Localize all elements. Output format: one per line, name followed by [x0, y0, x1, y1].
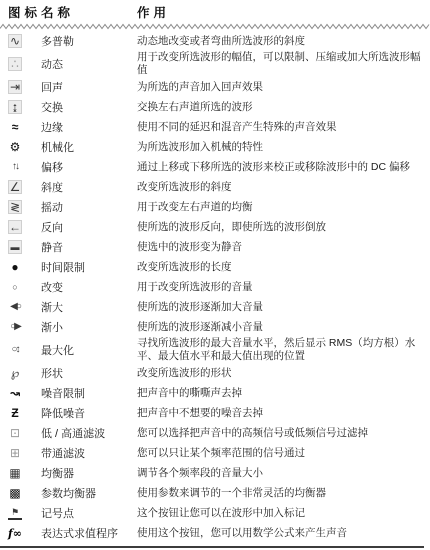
tool-name: 形状	[41, 365, 137, 381]
table-row: ▦ 均衡器 调节各个频率段的音量大小	[0, 463, 430, 483]
tool-name: 时间限制	[41, 259, 137, 275]
tool-name: 反向	[41, 219, 137, 235]
tool-name: 参数均衡器	[41, 485, 137, 501]
tool-name: 带通滤波	[41, 445, 137, 461]
tool-usage: 您可以选择把声音中的高频信号或低频信号过滤掉	[137, 427, 430, 440]
table-row: ⊡ 低 / 高通滤波 您可以选择把声音中的高频信号或低频信号过滤掉	[0, 423, 430, 443]
table-row: ≈ 边缘 使用不同的延迟和混音产生特殊的声音效果	[0, 117, 430, 137]
tool-name: 机械化	[41, 139, 137, 155]
tool-usage: 调节各个频率段的音量大小	[137, 467, 430, 480]
tool-usage: 用于改变左右声道的均衡	[137, 201, 430, 214]
parametric-equalizer-icon: ▩	[8, 486, 22, 500]
maximize-icon: ○↕	[8, 343, 22, 357]
table-row: ▬ 静音 使选中的波形变为静音	[0, 237, 430, 257]
table-row: ○↕ 最大化 寻找所选波形的最大音量水平，然后显示 RMS（均方根）水平、最大值…	[0, 337, 430, 363]
table-row: Ƶ 降低噪音 把声音中不想要的噪音去掉	[0, 403, 430, 423]
noise-reduction-icon: Ƶ	[8, 406, 22, 420]
tool-usage: 把声音中不想要的噪音去掉	[137, 407, 430, 420]
echo-icon: ⇥	[8, 80, 22, 94]
table-row: f∞ 表达式求值程序 使用这个按钮，您可以用数学公式来产生声音	[0, 523, 430, 543]
tool-name: 斜度	[41, 179, 137, 195]
table-row: ⚑ 记号点 这个按钮让您可以在波形中加入标记	[0, 503, 430, 523]
equalizer-icon: ▦	[8, 466, 22, 480]
table-row: ○▶ 渐小 使所选的波形逐渐减小音量	[0, 317, 430, 337]
zigzag-separator	[0, 23, 430, 30]
tool-usage: 改变所选波形的斜度	[137, 181, 430, 194]
reverse-icon: ←	[8, 220, 22, 234]
time-limit-clock-icon: ●	[8, 260, 22, 274]
tool-name: 动态	[41, 56, 137, 72]
swap-channels-icon: ↨	[8, 100, 22, 114]
expression-evaluator-icon: f∞	[8, 526, 22, 540]
doppler-icon: ∿	[8, 34, 22, 48]
table-header: 图标 名称 作用	[0, 0, 430, 23]
table-row: ◀○ 渐大 使所选的波形逐渐加大音量	[0, 297, 430, 317]
tool-usage: 使所选的波形反向，即使所选的波形倒放	[137, 221, 430, 234]
tool-usage: 动态地改变或者弯曲所选波形的斜度	[137, 35, 430, 48]
tool-usage: 交换左右声道所选的波形	[137, 101, 430, 114]
modify-volume-icon: ○	[8, 280, 22, 294]
table-row: ⇥ 回声 为所选的声音加入回声效果	[0, 77, 430, 97]
table-row: ⊞ 带通滤波 您可以只让某个频率范围的信号通过	[0, 443, 430, 463]
header-name-col: 名称	[41, 3, 137, 21]
pan-icon: ≷	[8, 200, 22, 214]
bottom-rule	[0, 546, 424, 548]
fade-in-icon: ◀○	[8, 300, 22, 314]
table-row: ℘ 形状 改变所选波形的形状	[0, 363, 430, 383]
table-row: ● 时间限制 改变所选波形的长度	[0, 257, 430, 277]
tool-usage: 改变所选波形的形状	[137, 367, 430, 380]
ramp-icon: ∠	[8, 180, 22, 194]
tool-name: 回声	[41, 79, 137, 95]
table-row: ∴ 动态 用于改变所选波形的幅值，可以限制、压缩或加大所选波形幅值	[0, 51, 430, 77]
tool-name: 改变	[41, 279, 137, 295]
marker-icon: ⚑	[8, 506, 22, 520]
tool-usage: 使所选的波形逐渐加大音量	[137, 301, 430, 314]
manual-page: 图标 名称 作用 ∿ 多普勒 动态地改变或者弯曲所选波形的斜度 ∴ 动态 用于改…	[0, 0, 430, 550]
table-row: ↨ 交换 交换左右声道所选的波形	[0, 97, 430, 117]
tool-name: 均衡器	[41, 465, 137, 481]
tool-name: 记号点	[41, 505, 137, 521]
tool-name: 表达式求值程序	[41, 525, 137, 541]
tool-usage: 用于改变所选波形的音量	[137, 281, 430, 294]
tool-name: 多普勒	[41, 33, 137, 49]
table-row: ↝ 噪音限制 把声音中的嘶嘶声去掉	[0, 383, 430, 403]
tool-name: 偏移	[41, 159, 137, 175]
table-row: ∿ 多普勒 动态地改变或者弯曲所选波形的斜度	[0, 31, 430, 51]
tool-name: 交换	[41, 99, 137, 115]
table-row: ∠ 斜度 改变所选波形的斜度	[0, 177, 430, 197]
silence-icon: ▬	[8, 240, 22, 254]
table-row: ⚙ 机械化 为所选波形加入机械的特性	[0, 137, 430, 157]
tool-usage: 用于改变所选波形的幅值，可以限制、压缩或加大所选波形幅值	[137, 51, 430, 77]
table-row: ▩ 参数均衡器 使用参数来调节的一个非常灵活的均衡器	[0, 483, 430, 503]
tool-name: 摇动	[41, 199, 137, 215]
table-body: ∿ 多普勒 动态地改变或者弯曲所选波形的斜度 ∴ 动态 用于改变所选波形的幅值，…	[0, 30, 430, 543]
flanger-icon: ≈	[8, 120, 22, 134]
table-row: ↑↓ 偏移 通过上移或下移所选的波形来校正或移除波形中的 DC 偏移	[0, 157, 430, 177]
tool-name: 最大化	[41, 342, 137, 358]
tool-name: 渐小	[41, 319, 137, 335]
tool-usage: 使用不同的延迟和混音产生特殊的声音效果	[137, 121, 430, 134]
tool-name: 静音	[41, 239, 137, 255]
table-row: ○ 改变 用于改变所选波形的音量	[0, 277, 430, 297]
band-pass-filter-icon: ⊞	[8, 446, 22, 460]
tool-name: 降低噪音	[41, 405, 137, 421]
fade-out-icon: ○▶	[8, 320, 22, 334]
tool-name: 边缘	[41, 119, 137, 135]
tool-usage: 通过上移或下移所选的波形来校正或移除波形中的 DC 偏移	[137, 161, 430, 174]
tool-usage: 您可以只让某个频率范围的信号通过	[137, 447, 430, 460]
tool-usage: 使选中的波形变为静音	[137, 241, 430, 254]
mechanize-gear-icon: ⚙	[8, 140, 22, 154]
noise-limit-icon: ↝	[8, 386, 22, 400]
dynamics-icon: ∴	[8, 57, 22, 71]
shape-icon: ℘	[8, 366, 22, 380]
table-row: ≷ 摇动 用于改变左右声道的均衡	[0, 197, 430, 217]
header-usage-col: 作用	[137, 3, 430, 21]
low-high-pass-filter-icon: ⊡	[8, 426, 22, 440]
tool-usage: 使用参数来调节的一个非常灵活的均衡器	[137, 487, 430, 500]
tool-usage: 为所选波形加入机械的特性	[137, 141, 430, 154]
tool-usage: 为所选的声音加入回声效果	[137, 81, 430, 94]
header-icon-col: 图标	[8, 3, 41, 21]
tool-usage: 把声音中的嘶嘶声去掉	[137, 387, 430, 400]
tool-usage: 使用这个按钮，您可以用数学公式来产生声音	[137, 527, 430, 540]
tool-name: 低 / 高通滤波	[41, 425, 137, 441]
tool-usage: 这个按钮让您可以在波形中加入标记	[137, 507, 430, 520]
dc-offset-icon: ↑↓	[8, 160, 22, 174]
tool-usage: 寻找所选波形的最大音量水平，然后显示 RMS（均方根）水平、最大值水平和最大值出…	[137, 337, 430, 363]
tool-usage: 使所选的波形逐渐减小音量	[137, 321, 430, 334]
tool-name: 渐大	[41, 299, 137, 315]
tool-usage: 改变所选波形的长度	[137, 261, 430, 274]
table-row: ← 反向 使所选的波形反向，即使所选的波形倒放	[0, 217, 430, 237]
tool-name: 噪音限制	[41, 385, 137, 401]
